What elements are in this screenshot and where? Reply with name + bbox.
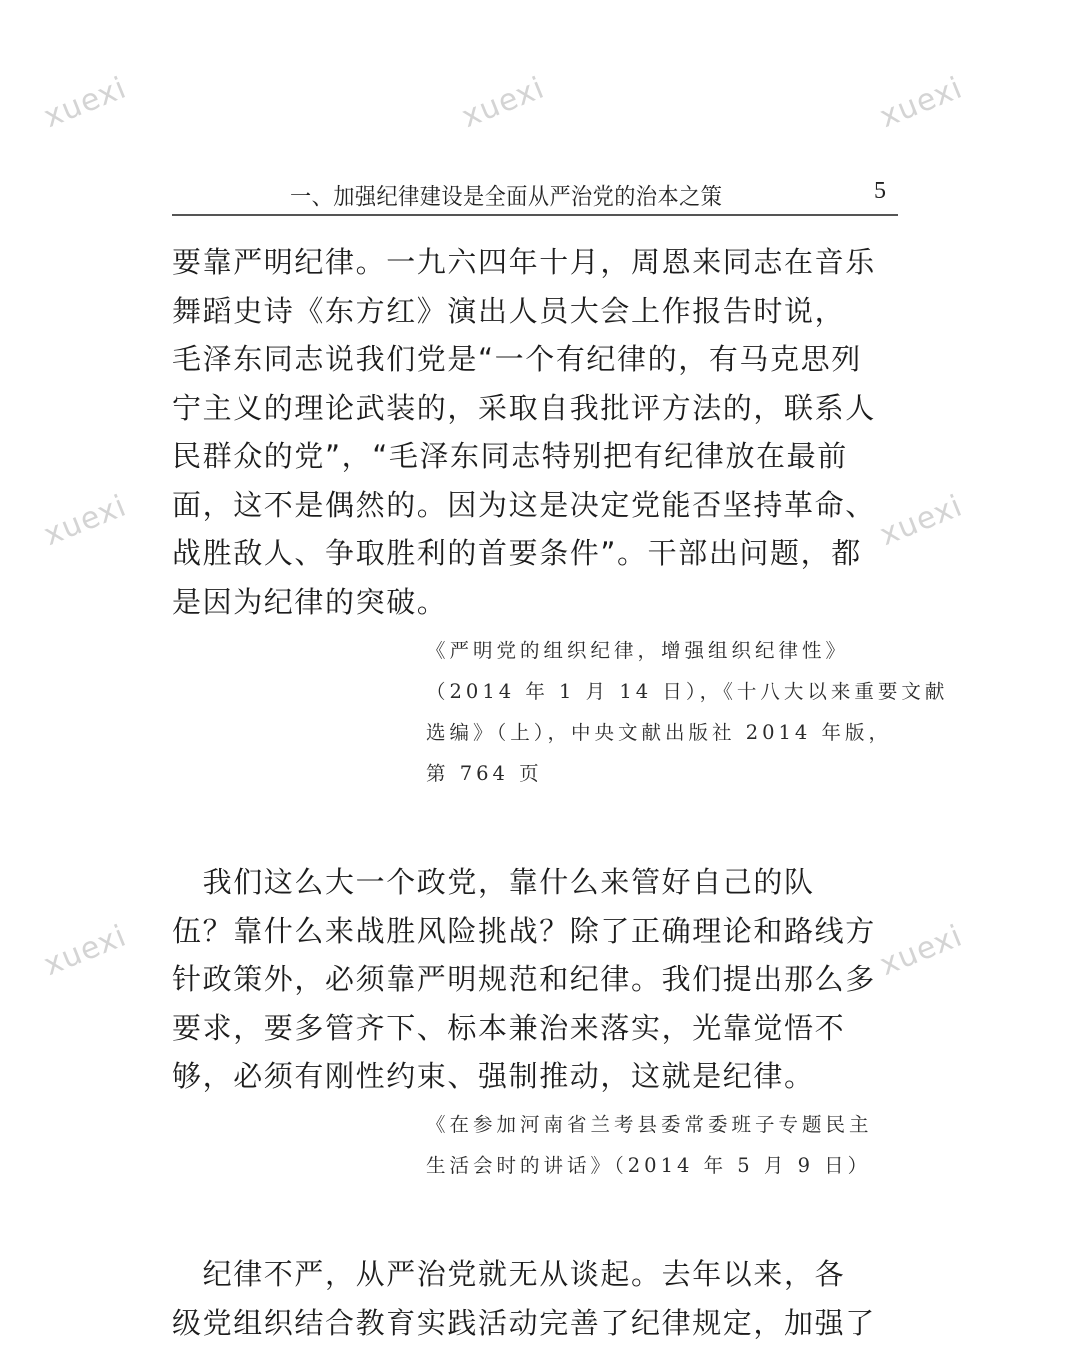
watermark: xuexi bbox=[39, 70, 132, 135]
text-line: 要求，要多管齐下、标本兼治来落实，光靠觉悟不 bbox=[172, 1004, 902, 1053]
text-line: 针政策外，必须靠严明规范和纪律。我们提出那么多 bbox=[172, 955, 902, 1004]
citation-2: 《在参加河南省兰考县委常委班子专题民主 生活会时的讲话》（2014 年 5 月 … bbox=[426, 1104, 906, 1186]
citation-line: （2014 年 1 月 14 日），《十八大以来重要文献 bbox=[426, 671, 906, 712]
text-line: 够，必须有刚性约束、强制推动，这就是纪律。 bbox=[172, 1052, 902, 1101]
page-number: 5 bbox=[874, 178, 886, 205]
text-line: 要靠严明纪律。一九六四年十月，周恩来同志在音乐 bbox=[172, 238, 902, 287]
text-line: 民群众的党”，“毛泽东同志特别把有纪律放在最前 bbox=[172, 432, 902, 481]
text-line: 毛泽东同志说我们党是“一个有纪律的，有马克思列 bbox=[172, 335, 902, 384]
citation-1: 《严明党的组织纪律，增强组织纪律性》 （2014 年 1 月 14 日），《十八… bbox=[426, 630, 906, 794]
passage-2: 我们这么大一个政党，靠什么来管好自己的队 伍？靠什么来战胜风险挑战？除了正确理论… bbox=[172, 858, 902, 1101]
text-line: 我们这么大一个政党，靠什么来管好自己的队 bbox=[172, 858, 902, 907]
text-line: 级党组织结合教育实践活动完善了纪律规定，加强了 bbox=[172, 1299, 902, 1348]
citation-line: 选编》（上），中央文献出版社 2014 年版， bbox=[426, 712, 906, 753]
watermark: xuexi bbox=[39, 918, 132, 983]
chapter-title: 一、加强纪律建设是全面从严治党的治本之策 bbox=[290, 178, 722, 211]
citation-line: 《严明党的组织纪律，增强组织纪律性》 bbox=[426, 630, 906, 671]
watermark: xuexi bbox=[39, 488, 132, 553]
text-line: 面，这不是偶然的。因为这是决定党能否坚持革命、 bbox=[172, 481, 902, 530]
watermark: xuexi bbox=[457, 70, 550, 135]
watermark: xuexi bbox=[875, 70, 968, 135]
citation-line: 生活会时的讲话》（2014 年 5 月 9 日） bbox=[426, 1145, 906, 1186]
header-rule bbox=[172, 214, 898, 216]
citation-line: 第 764 页 bbox=[426, 753, 906, 794]
text-line: 战胜敌人、争取胜利的首要条件”。干部出问题，都 bbox=[172, 529, 902, 578]
passage-3: 纪律不严，从严治党就无从谈起。去年以来，各 级党组织结合教育实践活动完善了纪律规… bbox=[172, 1250, 902, 1347]
text-line: 舞蹈史诗《东方红》演出人员大会上作报告时说， bbox=[172, 287, 902, 336]
text-line: 是因为纪律的突破。 bbox=[172, 578, 902, 627]
running-head: 一、加强纪律建设是全面从严治党的治本之策 5 bbox=[172, 176, 898, 216]
text-line: 宁主义的理论武装的，采取自我批评方法的，联系人 bbox=[172, 384, 902, 433]
citation-line: 《在参加河南省兰考县委常委班子专题民主 bbox=[426, 1104, 906, 1145]
text-line: 伍？靠什么来战胜风险挑战？除了正确理论和路线方 bbox=[172, 907, 902, 956]
text-line: 纪律不严，从严治党就无从谈起。去年以来，各 bbox=[172, 1250, 902, 1299]
passage-1: 要靠严明纪律。一九六四年十月，周恩来同志在音乐 舞蹈史诗《东方红》演出人员大会上… bbox=[172, 238, 902, 626]
